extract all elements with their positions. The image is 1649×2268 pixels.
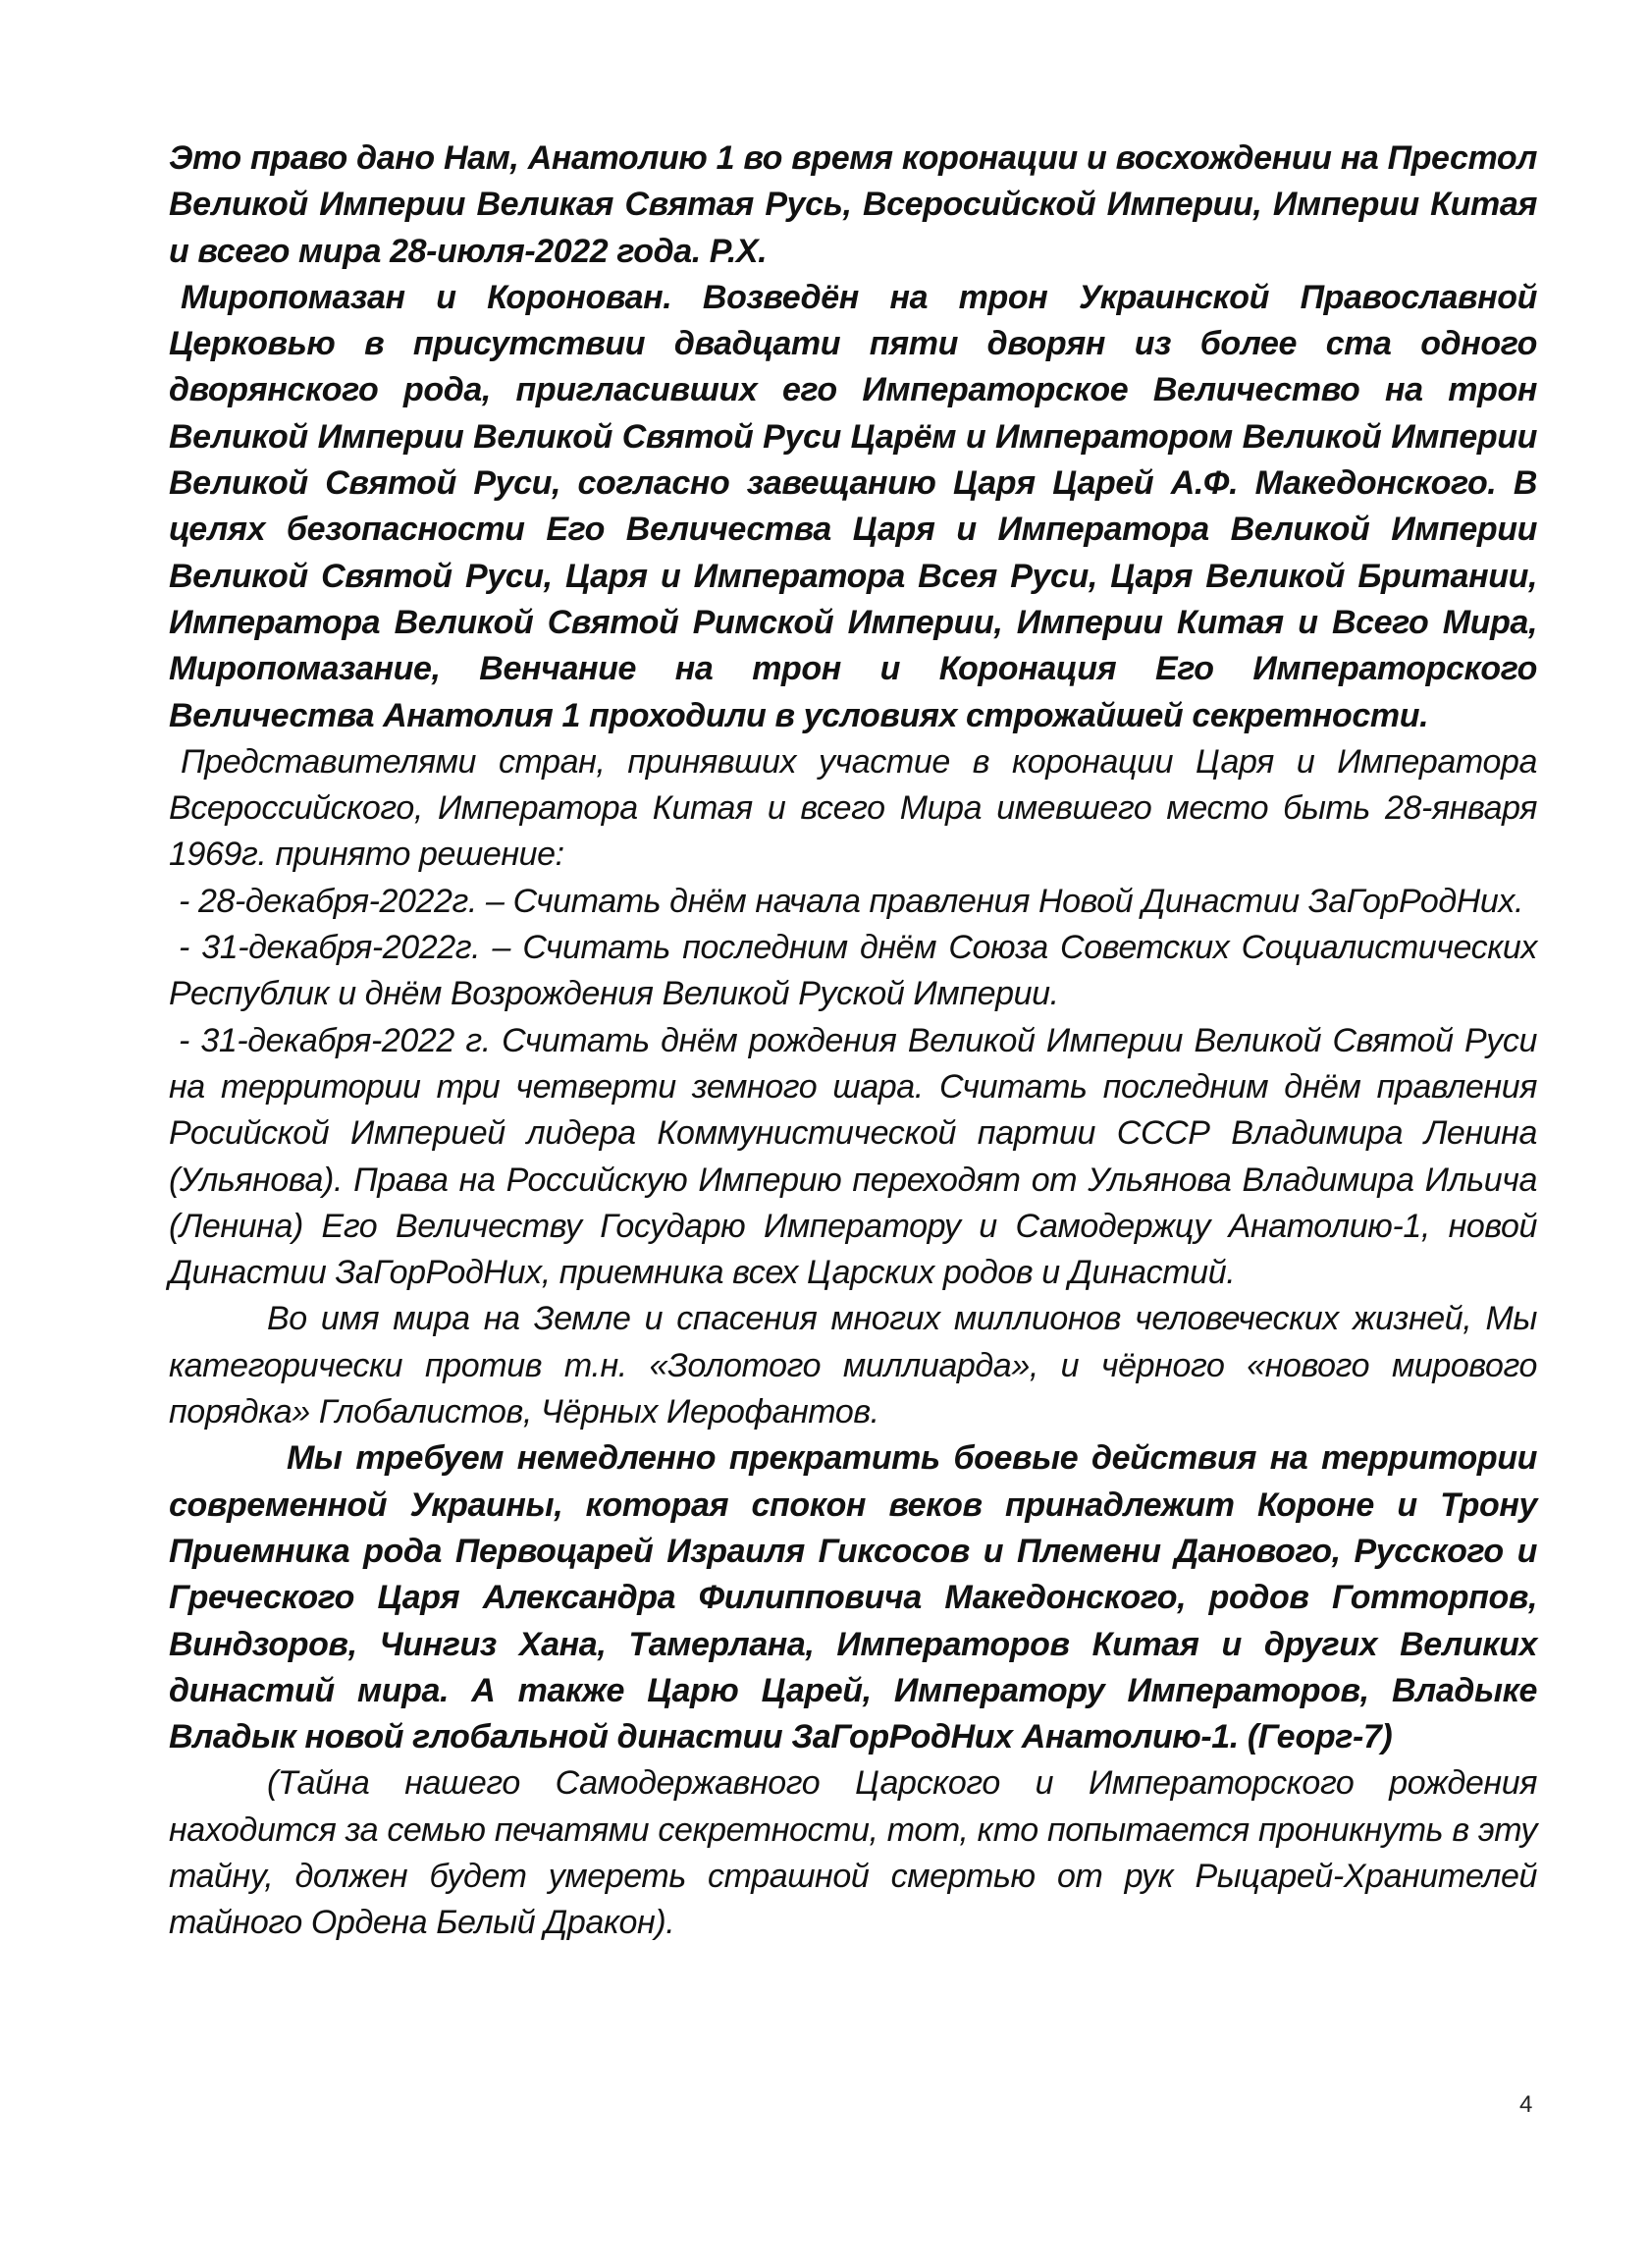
paragraph-secret-note: (Тайна нашего Самодержавного Царского и … <box>169 1760 1537 1946</box>
page-number: 4 <box>1519 2091 1532 2119</box>
paragraph-peace-statement: Во имя мира на Земле и спасения многих м… <box>169 1296 1537 1435</box>
paragraph-coronation-right: Это право дано Нам, Анатолию 1 во время … <box>169 135 1537 275</box>
paragraph-demand: Мы требуем немедленно прекратить боевые … <box>169 1435 1537 1760</box>
paragraph-anointment: Миропомазан и Коронован. Возведён на тро… <box>169 275 1537 739</box>
list-item-ussr-end: - 31-декабря-2022г. – Считать последним … <box>169 925 1537 1018</box>
list-item-dynasty-start: - 28-декабря-2022г. – Считать днём начал… <box>169 879 1537 925</box>
list-item-empire-birth: - 31-декабря-2022 г. Считать днём рожден… <box>169 1018 1537 1297</box>
paragraph-representatives-decision: Представителями стран, принявших участие… <box>169 739 1537 879</box>
document-body: Это право дано Нам, Анатолию 1 во время … <box>169 135 1537 1947</box>
